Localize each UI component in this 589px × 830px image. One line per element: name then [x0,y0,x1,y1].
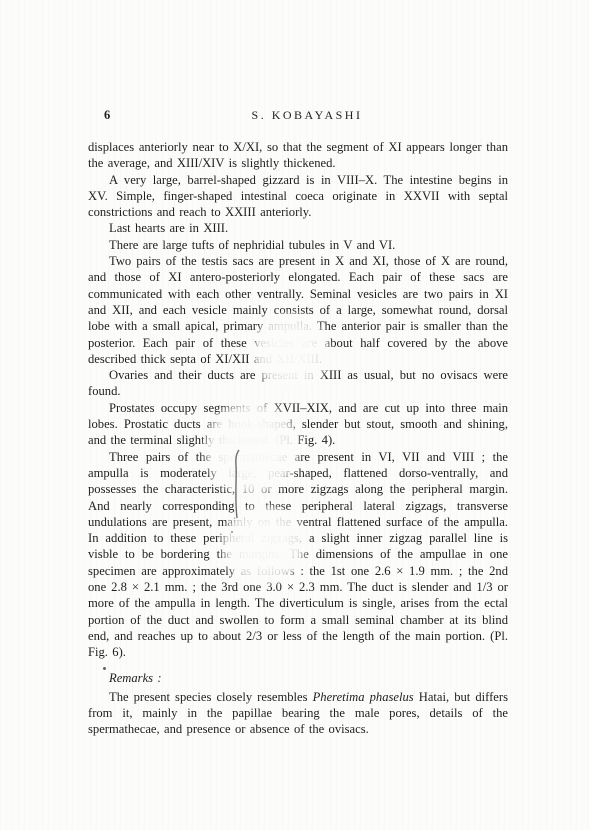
paragraph: Three pairs of the spermathecae are pres… [88,449,508,661]
paragraph: Ovaries and their ducts are present in X… [88,367,508,400]
body-text: displaces anteriorly near to X/XI, so th… [88,139,508,738]
scanned-paper-page: 6 S. KOBAYASHI displaces anteriorly near… [0,0,589,830]
paragraph: Two pairs of the testis sacs are present… [88,253,508,367]
page-header: 6 S. KOBAYASHI [88,108,508,124]
paragraph: displaces anteriorly near to X/XI, so th… [88,139,508,172]
closing-text-pre: The present species closely resembles [109,690,313,704]
paragraph: There are large tufts of nephridial tubu… [88,237,508,253]
paragraph: The present species closely resembles Ph… [88,689,508,738]
species-name: Pheretima phaselus [313,690,414,704]
ink-speck [222,503,224,506]
paragraph: Last hearts are in XIII. [88,220,508,236]
remarks-heading: Remarks : [88,670,508,686]
running-head: S. KOBAYASHI [88,108,526,123]
paragraph: A very large, barrel-shaped gizzard is i… [88,172,508,221]
paragraph: Prostates occupy segments of XVII–XIX, a… [88,400,508,449]
margin-dot-artifact [103,667,106,670]
hair-line-artifact [230,448,244,520]
ink-speck [231,531,233,533]
